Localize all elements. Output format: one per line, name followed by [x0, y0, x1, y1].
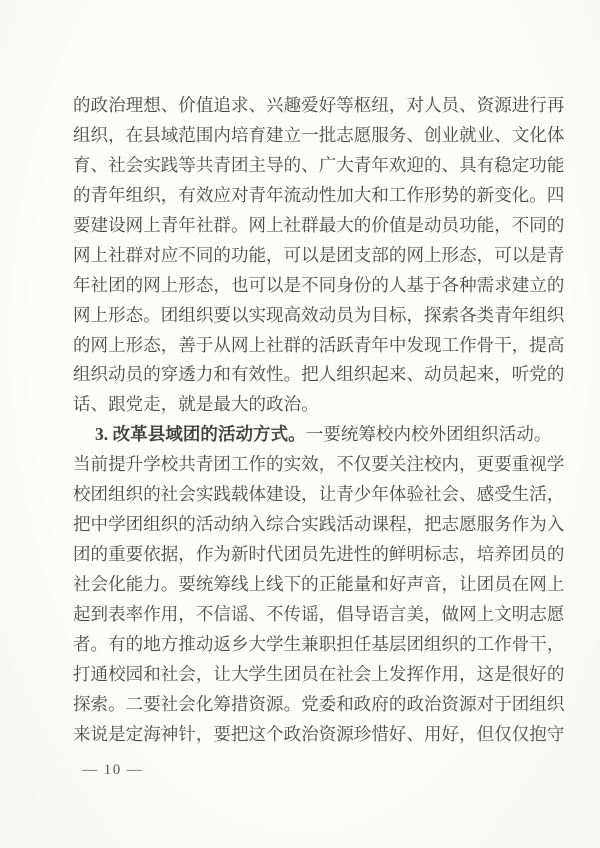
text-line: 校团组织的社会实践载体建设，让青少年体验社会、感受生活，: [73, 480, 535, 510]
text-line: 者。有的地方推动返乡大学生兼职担任基层团组织的工作骨干，: [73, 630, 535, 660]
text-line: 年社团的网上形态，也可以是不同身份的人基于各种需求建立的: [73, 271, 535, 301]
text-line: 组织，在县域范围内培育建立一批志愿服务、创业就业、文化体: [73, 121, 535, 151]
text-line: 组织动员的穿透力和有效性。把人组织起来、动员起来，听党的: [73, 360, 535, 390]
text-line: 起到表率作用，不信谣、不传谣，倡导语言美，做网上文明志愿: [73, 600, 535, 630]
text-line: 把中学团组织的活动纳入综合实践活动课程，把志愿服务作为入: [73, 510, 535, 540]
text-line: 社会化能力。要统筹线上线下的正能量和好声音，让团员在网上: [73, 570, 535, 600]
document-page: 的政治理想、价值追求、兴趣爱好等枢纽，对人员、资源进行再组织，在县域范围内培育建…: [0, 0, 600, 848]
section-heading: 3.: [95, 424, 113, 444]
text-block: 的政治理想、价值追求、兴趣爱好等枢纽，对人员、资源进行再组织，在县域范围内培育建…: [73, 91, 535, 750]
text-segment: 一要统筹校内校外团组织活动。: [306, 424, 552, 444]
text-line: 团的重要依据，作为新时代团员先进性的鲜明标志，培养团员的: [73, 540, 535, 570]
text-line: 当前提升学校共青团工作的实效，不仅要关注校内，更要重视学: [73, 450, 535, 480]
text-line: 网上形态。团组织要以实现高效动员为目标，探索各类青年组织: [73, 301, 535, 331]
text-line: 网上社群对应不同的功能，可以是团支部的网上形态，可以是青: [73, 241, 535, 271]
text-line: 来说是定海神针，要把这个政治资源珍惜好、用好，但仅仅抱守: [73, 720, 535, 750]
text-line: 话、跟党走，就是最大的政治。: [73, 390, 535, 420]
text-line: 要建设网上青年社群。网上社群最大的价值是动员功能，不同的: [73, 211, 535, 241]
text-line: 育、社会实践等共青团主导的、广大青年欢迎的、具有稳定功能: [73, 151, 535, 181]
text-line: 的网上形态，善于从网上社群的活跃青年中发现工作骨干，提高: [73, 331, 535, 361]
text-line: 的政治理想、价值追求、兴趣爱好等枢纽，对人员、资源进行再: [73, 91, 535, 121]
text-line: 打通校园和社会，让大学生团员在社会上发挥作用，这是很好的: [73, 660, 535, 690]
paragraph-start-line: 3. 改革县域团的活动方式。一要统筹校内校外团组织活动。: [73, 420, 535, 450]
page-number: — 10 —: [82, 760, 144, 780]
section-heading: 改革县域团的活动方式。: [113, 424, 306, 444]
text-line: 探索。二要社会化筹措资源。党委和政府的政治资源对于团组织: [73, 690, 535, 720]
text-line: 的青年组织，有效应对青年流动性加大和工作形势的新变化。四: [73, 181, 535, 211]
